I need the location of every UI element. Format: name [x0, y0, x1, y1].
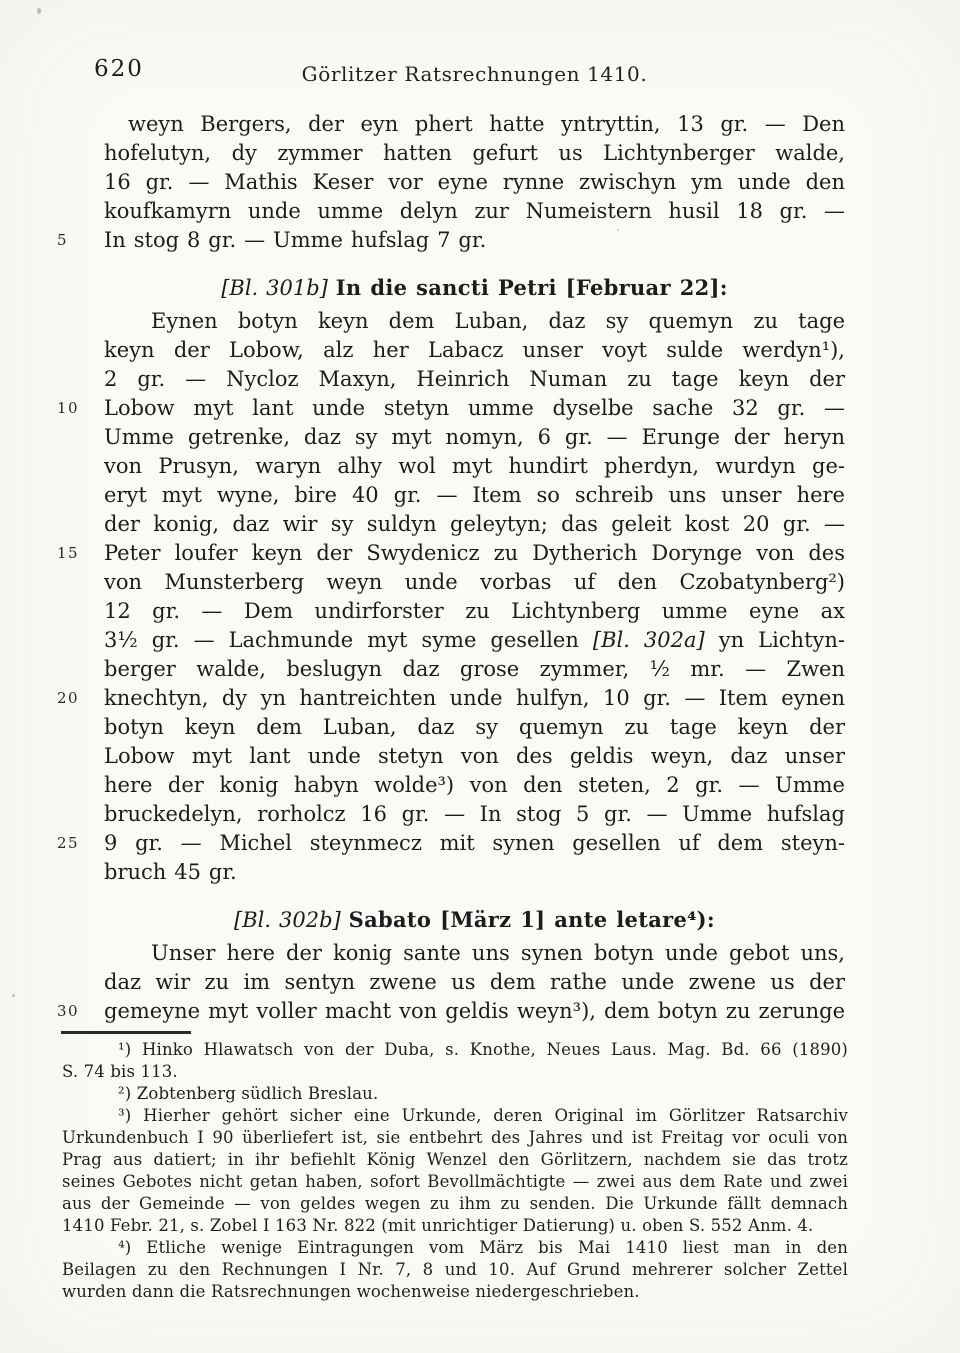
text-segment: von Prusyn, waryn alhy wol myt hundirt p… — [104, 454, 845, 478]
text-line: aus der Gemeinde — von geldes wegen zu i… — [62, 1193, 848, 1215]
text-segment: berger walde, beslugyn daz grose zymmer,… — [104, 657, 845, 681]
text-segment: Prag aus datiert; in ihr befiehlt König … — [62, 1150, 848, 1169]
text-segment: 3½ gr. — Lachmunde myt syme gesellen — [104, 628, 593, 652]
line-text: ⁴) Etliche wenige Eintragungen vom März … — [118, 1238, 848, 1257]
line-text: wurden dann die Ratsrechnungen wochenwei… — [62, 1282, 640, 1301]
text-segment: daz wir zu im sentyn zwene us dem rathe … — [104, 970, 845, 994]
text-segment: Unser here der konig sante uns synen bot… — [151, 941, 845, 965]
line-text: ¹) Hinko Hlawatsch von der Duba, s. Knot… — [118, 1040, 848, 1059]
text-segment: 16 gr. — Mathis Keser vor eyne rynne zwi… — [104, 170, 845, 194]
line-text: here der konig habyn wolde³) von den ste… — [104, 773, 845, 797]
line-text: botyn keyn dem Luban, daz sy quemyn zu t… — [104, 715, 845, 739]
text-line: 15Peter loufer keyn der Swydenicz zu Dyt… — [104, 539, 845, 568]
paragraph: Unser here der konig sante uns synen bot… — [104, 939, 845, 1026]
text-line: 12 gr. — Dem undirforster zu Lichtynberg… — [104, 597, 845, 626]
text-segment: 12 gr. — Dem undirforster zu Lichtynberg… — [104, 599, 845, 623]
line-text: Umme getrenke, daz sy myt nomyn, 6 gr. —… — [104, 425, 845, 449]
text-line: 2 gr. — Nycloz Maxyn, Heinrich Numan zu … — [104, 365, 845, 394]
text-segment: ³) Hierher gehört sicher eine Urkunde, d… — [118, 1106, 848, 1125]
text-segment: bruch 45 gr. — [104, 860, 237, 884]
text-line: Prag aus datiert; in ihr befiehlt König … — [62, 1149, 848, 1171]
text-segment: 9 gr. — Michel steynmecz mit synen gesel… — [104, 831, 845, 855]
line-text: 16 gr. — Mathis Keser vor eyne rynne zwi… — [104, 170, 845, 194]
line-text: 1410 Febr. 21, s. Zobel I 163 Nr. 822 (m… — [62, 1216, 813, 1235]
text-line: Urkundenbuch I 90 überliefert ist, sie e… — [62, 1127, 848, 1149]
line-text: knechtyn, dy yn hantreichten unde hulfyn… — [104, 686, 845, 710]
text-line: Eynen botyn keyn dem Luban, daz sy quemy… — [104, 307, 845, 336]
line-text: Unser here der konig sante uns synen bot… — [151, 941, 845, 965]
text-segment: Peter loufer keyn der Swydenicz zu Dythe… — [104, 541, 845, 565]
text-line: botyn keyn dem Luban, daz sy quemyn zu t… — [104, 713, 845, 742]
line-text: Eynen botyn keyn dem Luban, daz sy quemy… — [151, 309, 845, 333]
text-line: von Prusyn, waryn alhy wol myt hundirt p… — [104, 452, 845, 481]
text-line: wurden dann die Ratsrechnungen wochenwei… — [62, 1281, 848, 1303]
text-line: 30gemeyne myt voller macht von geldis we… — [104, 997, 845, 1026]
text-line: S. 74 bis 113. — [62, 1061, 848, 1083]
text-segment: 1410 Febr. 21, s. Zobel I 163 Nr. 822 (m… — [62, 1216, 813, 1235]
text-segment: S. 74 bis 113. — [62, 1062, 178, 1081]
text-line: berger walde, beslugyn daz grose zymmer,… — [104, 655, 845, 684]
line-text: bruckedelyn, rorholcz 16 gr. — In stog 5… — [104, 802, 845, 826]
line-text: weyn Bergers, der eyn phert hatte yntryt… — [128, 112, 845, 136]
text-line: 20knechtyn, dy yn hantreichten unde hulf… — [104, 684, 845, 713]
line-text: Peter loufer keyn der Swydenicz zu Dythe… — [104, 541, 845, 565]
text-line: hofelutyn, dy zymmer hatten gefurt us Li… — [104, 139, 845, 168]
section-heading: [Bl. 302b] Sabato [März 1] ante letare⁴)… — [104, 905, 845, 935]
text-segment: In stog 8 gr. — Umme hufslag 7 gr. — [104, 228, 486, 252]
text-line: ³) Hierher gehört sicher eine Urkunde, d… — [62, 1105, 848, 1127]
text-segment: ⁴) Etliche wenige Eintragungen vom März … — [118, 1238, 848, 1257]
text-segment: aus der Gemeinde — von geldes wegen zu i… — [62, 1194, 848, 1213]
line-text: [Bl. 302b] Sabato [März 1] ante letare⁴)… — [234, 908, 715, 932]
line-text: bruch 45 gr. — [104, 860, 237, 884]
text-segment: here der konig habyn wolde³) von den ste… — [104, 773, 845, 797]
line-text: daz wir zu im sentyn zwene us dem rathe … — [104, 970, 845, 994]
text-segment: seines Gebotes nicht getan haben, sofort… — [62, 1172, 848, 1191]
text-line: 1410 Febr. 21, s. Zobel I 163 Nr. 822 (m… — [62, 1215, 848, 1237]
line-text: ²) Zobtenberg südlich Breslau. — [118, 1084, 378, 1103]
text-segment: yn Lichtyn- — [705, 628, 845, 652]
text-segment: eryt myt wyne, bire 40 gr. — Item so sch… — [104, 483, 845, 507]
heading-text: In die sancti Petri [Februar 22]: — [336, 275, 728, 300]
text-segment: von Munsterberg weyn unde vorbas uf den … — [104, 570, 845, 594]
book-page: 620 Görlitzer Ratsrechnungen 1410. weyn … — [0, 0, 960, 1353]
text-segment: Beilagen zu den Rechnungen I Nr. 7, 8 un… — [62, 1260, 848, 1279]
text-line: ¹) Hinko Hlawatsch von der Duba, s. Knot… — [62, 1039, 848, 1061]
text-segment: keyn der Lobow, alz her Labacz unser voy… — [104, 338, 845, 362]
text-segment: 2 gr. — Nycloz Maxyn, Heinrich Numan zu … — [104, 367, 845, 391]
text-line: 3½ gr. — Lachmunde myt syme gesellen [Bl… — [104, 626, 845, 655]
line-text: Urkundenbuch I 90 überliefert ist, sie e… — [62, 1128, 848, 1147]
text-line: Beilagen zu den Rechnungen I Nr. 7, 8 un… — [62, 1259, 848, 1281]
line-text: eryt myt wyne, bire 40 gr. — Item so sch… — [104, 483, 845, 507]
line-text: von Prusyn, waryn alhy wol myt hundirt p… — [104, 454, 845, 478]
line-text: Lobow myt lant unde stetyn von des geldi… — [104, 744, 845, 768]
text-line: weyn Bergers, der eyn phert hatte yntryt… — [104, 110, 845, 139]
section-heading: [Bl. 301b] In die sancti Petri [Februar … — [104, 273, 845, 303]
text-segment: knechtyn, dy yn hantreichten unde hulfyn… — [104, 686, 845, 710]
line-text: der konig, daz wir sy suldyn geleytyn; d… — [104, 512, 845, 536]
text-line: Umme getrenke, daz sy myt nomyn, 6 gr. —… — [104, 423, 845, 452]
text-line: bruckedelyn, rorholcz 16 gr. — In stog 5… — [104, 800, 845, 829]
text-segment: gemeyne myt voller macht von geldis weyn… — [104, 999, 845, 1023]
margin-line-number: 20 — [57, 684, 91, 713]
body-text: weyn Bergers, der eyn phert hatte yntryt… — [104, 110, 845, 1026]
text-segment: hofelutyn, dy zymmer hatten gefurt us Li… — [104, 141, 845, 165]
line-text: [Bl. 301b] In die sancti Petri [Februar … — [221, 276, 728, 300]
footnote-separator — [61, 1031, 191, 1034]
text-line: 10Lobow myt lant unde stetyn umme dyselb… — [104, 394, 845, 423]
text-segment: der konig, daz wir sy suldyn geleytyn; d… — [104, 512, 845, 536]
text-segment: weyn Bergers, der eyn phert hatte yntryt… — [128, 112, 845, 136]
margin-line-number: 5 — [57, 226, 91, 255]
text-line: koufkamyrn unde umme delyn zur Numeister… — [104, 197, 845, 226]
running-title: Görlitzer Ratsrechnungen 1410. — [104, 62, 845, 86]
line-text: hofelutyn, dy zymmer hatten gefurt us Li… — [104, 141, 845, 165]
text-line: ²) Zobtenberg südlich Breslau. — [62, 1083, 848, 1105]
text-segment: Lobow myt lant unde stetyn umme dyselbe … — [104, 396, 845, 420]
line-text: aus der Gemeinde — von geldes wegen zu i… — [62, 1194, 848, 1213]
text-line: here der konig habyn wolde³) von den ste… — [104, 771, 845, 800]
line-text: Prag aus datiert; in ihr befiehlt König … — [62, 1150, 848, 1169]
line-text: gemeyne myt voller macht von geldis weyn… — [104, 999, 845, 1023]
text-line: [Bl. 302b] Sabato [März 1] ante letare⁴)… — [104, 905, 845, 935]
text-line: eryt myt wyne, bire 40 gr. — Item so sch… — [104, 481, 845, 510]
folio-reference: [Bl. 302b] — [234, 908, 349, 932]
text-line: seines Gebotes nicht getan haben, sofort… — [62, 1171, 848, 1193]
folio-reference: [Bl. 301b] — [221, 276, 336, 300]
text-line: 259 gr. — Michel steynmecz mit synen ges… — [104, 829, 845, 858]
text-line: ⁴) Etliche wenige Eintragungen vom März … — [62, 1237, 848, 1259]
line-text: 2 gr. — Nycloz Maxyn, Heinrich Numan zu … — [104, 367, 845, 391]
margin-line-number: 10 — [57, 394, 91, 423]
text-segment: koufkamyrn unde umme delyn zur Numeister… — [104, 199, 845, 223]
line-text: keyn der Lobow, alz her Labacz unser voy… — [104, 338, 845, 362]
folio-reference: [Bl. 302a] — [593, 628, 705, 652]
line-text: ³) Hierher gehört sicher eine Urkunde, d… — [118, 1106, 848, 1125]
text-line: Unser here der konig sante uns synen bot… — [104, 939, 845, 968]
text-line: 5In stog 8 gr. — Umme hufslag 7 gr. — [104, 226, 845, 255]
line-text: In stog 8 gr. — Umme hufslag 7 gr. — [104, 228, 486, 252]
text-segment: Umme getrenke, daz sy myt nomyn, 6 gr. —… — [104, 425, 845, 449]
text-line: von Munsterberg weyn unde vorbas uf den … — [104, 568, 845, 597]
text-line: Lobow myt lant unde stetyn von des geldi… — [104, 742, 845, 771]
line-text: berger walde, beslugyn daz grose zymmer,… — [104, 657, 845, 681]
line-text: 3½ gr. — Lachmunde myt syme gesellen [Bl… — [104, 628, 845, 652]
footnotes-block: ¹) Hinko Hlawatsch von der Duba, s. Knot… — [62, 1039, 848, 1303]
scan-speck — [12, 994, 15, 997]
margin-line-number: 15 — [57, 539, 91, 568]
margin-line-number: 30 — [57, 997, 91, 1026]
paragraph: Eynen botyn keyn dem Luban, daz sy quemy… — [104, 307, 845, 887]
text-line: 16 gr. — Mathis Keser vor eyne rynne zwi… — [104, 168, 845, 197]
line-text: von Munsterberg weyn unde vorbas uf den … — [104, 570, 845, 594]
text-line: keyn der Lobow, alz her Labacz unser voy… — [104, 336, 845, 365]
text-segment: botyn keyn dem Luban, daz sy quemyn zu t… — [104, 715, 845, 739]
text-segment: Urkundenbuch I 90 überliefert ist, sie e… — [62, 1128, 848, 1147]
text-line: der konig, daz wir sy suldyn geleytyn; d… — [104, 510, 845, 539]
line-text: koufkamyrn unde umme delyn zur Numeister… — [104, 199, 845, 223]
text-segment: Eynen botyn keyn dem Luban, daz sy quemy… — [151, 309, 845, 333]
line-text: Beilagen zu den Rechnungen I Nr. 7, 8 un… — [62, 1260, 848, 1279]
line-text: 9 gr. — Michel steynmecz mit synen gesel… — [104, 831, 845, 855]
line-text: Lobow myt lant unde stetyn umme dyselbe … — [104, 396, 845, 420]
line-text: seines Gebotes nicht getan haben, sofort… — [62, 1172, 848, 1191]
text-line: [Bl. 301b] In die sancti Petri [Februar … — [104, 273, 845, 303]
text-line: bruch 45 gr. — [104, 858, 845, 887]
text-segment: Lobow myt lant unde stetyn von des geldi… — [104, 744, 845, 768]
text-segment: ²) Zobtenberg südlich Breslau. — [118, 1084, 378, 1103]
text-segment: bruckedelyn, rorholcz 16 gr. — In stog 5… — [104, 802, 845, 826]
line-text: 12 gr. — Dem undirforster zu Lichtynberg… — [104, 599, 845, 623]
text-line: daz wir zu im sentyn zwene us dem rathe … — [104, 968, 845, 997]
text-segment: wurden dann die Ratsrechnungen wochenwei… — [62, 1282, 640, 1301]
heading-text: Sabato [März 1] ante letare⁴): — [349, 907, 715, 932]
scan-speck — [37, 8, 41, 14]
paragraph: weyn Bergers, der eyn phert hatte yntryt… — [104, 110, 845, 255]
margin-line-number: 25 — [57, 829, 91, 858]
line-text: S. 74 bis 113. — [62, 1062, 178, 1081]
text-segment: ¹) Hinko Hlawatsch von der Duba, s. Knot… — [118, 1040, 848, 1059]
